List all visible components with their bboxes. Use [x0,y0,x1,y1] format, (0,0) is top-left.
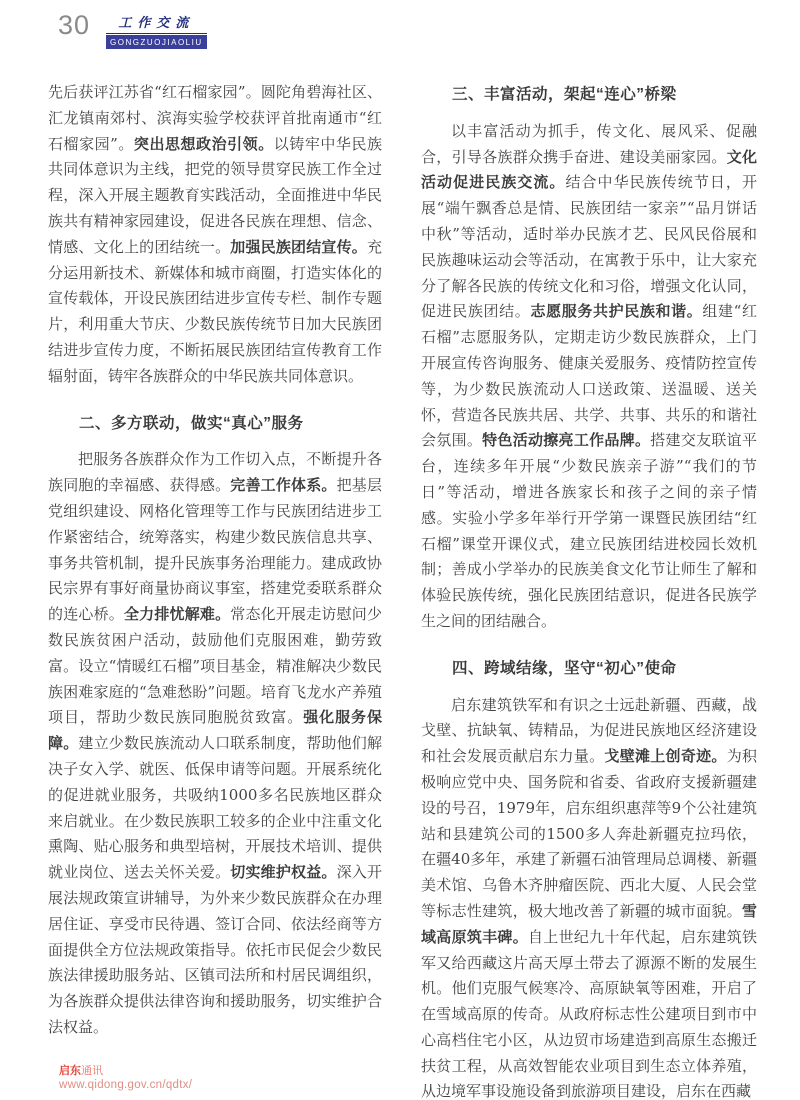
paragraph: 先后获评江苏省“红石榴家园”。圆陀角碧海社区、汇龙镇南郊村、滨海实验学校获评首批… [48,80,382,390]
body-text: 建立少数民族流动人口联系制度，帮助他们解决子女入学、就医、低保申请等问题。开展系… [48,734,382,881]
right-column: 三、丰富活动，架起“连心”桥梁以丰富活动为抓手，传文化、展风采、促融合，引导各族… [421,80,757,1100]
footer-url: www.qidong.gov.cn/qdtx/ [59,1078,192,1093]
emphasis-text: 突出思想政治引领。 [134,135,274,153]
body-text: 为积极响应党中央、国务院和省委、省政府支援新疆建设的号召，1979年，启东组织惠… [421,747,757,920]
column-pinyin-badge: GONGZUOJIAOLIU [106,35,207,49]
section-heading: 二、多方联动，做实“真心”服务 [48,411,382,437]
body-text: 搭建交友联谊平台，连续多年开展“少数民族亲子游”“我们的节日”等活动，增进各族家… [421,431,757,630]
page-number: 30 [58,10,90,40]
body-text: 把基层党组织建设、网格化管理等工作与民族团结进步工作紧密结合，统筹落实，构建少数… [48,476,382,623]
body-text: 充分运用新技术、新媒体和城市商圈，打造实体化的宣传载体，开设民族团结进步宣传专栏… [48,238,382,385]
magazine-page: 30 工作交流 GONGZUOJIAOLIU 先后获评江苏省“红石榴家园”。圆陀… [0,0,800,1100]
section-heading: 四、跨域结缘，坚守“初心”使命 [421,656,757,682]
left-column: 先后获评江苏省“红石榴家园”。圆陀角碧海社区、汇龙镇南郊村、滨海实验学校获评首批… [48,80,382,1041]
paragraph: 启东建筑铁军和有识之士远赴新疆、西藏，战戈壁、抗缺氧、铸精品，为促进民族地区经济… [421,693,757,1100]
emphasis-text: 完善工作体系。 [230,476,336,494]
emphasis-text: 志愿服务共护民族和谐。 [530,302,702,320]
footer-brand-rest: 通讯 [81,1065,103,1077]
emphasis-text: 戈壁滩上创奇迹。 [604,747,726,765]
body-text: 以丰富活动为抓手，传文化、展风采、促融合，引导各族群众携手奋进、建设美丽家园。 [421,122,757,166]
masthead: 工作交流 GONGZUOJIAOLIU [106,12,207,49]
body-text: 结合中华民族传统节日，开展“端午飘香总是情、民族团结一家亲”“品月饼话中秋”等活… [421,173,757,320]
page-header: 30 工作交流 GONGZUOJIAOLIU [58,10,207,49]
page-footer: 启东通讯 www.qidong.gov.cn/qdtx/ [59,1065,192,1093]
paragraph: 把服务各族群众作为工作切入点，不断提升各族同胞的幸福感、获得感。完善工作体系。把… [48,447,382,1040]
body-text: 组建“红石榴”志愿服务队，定期走访少数民族群众，上门开展宣传咨询服务、健康关爱服… [421,302,757,449]
body-text: 深入开展法规政策宣讲辅导，为外来少数民族群众在办理居住证、享受市民待遇、签订合同… [48,863,382,1036]
footer-brand-bold: 启东 [59,1065,81,1077]
body-text: 自上世纪九十年代起，启东建筑铁军又给西藏这片高天厚土带去了源源不断的发展生机。他… [421,928,757,1100]
paragraph: 以丰富活动为抓手，传文化、展风采、促融合，引导各族群众携手奋进、建设美丽家园。文… [421,119,757,635]
emphasis-text: 切实维护权益。 [230,863,336,881]
section-heading: 三、丰富活动，架起“连心”桥梁 [421,82,757,108]
emphasis-text: 全力排忧解难。 [124,605,230,623]
emphasis-text: 特色活动擦亮工作品牌。 [482,431,650,449]
emphasis-text: 加强民族团结宣传。 [230,238,367,256]
footer-brand: 启东通讯 [59,1065,192,1078]
column-title: 工作交流 [106,12,207,34]
